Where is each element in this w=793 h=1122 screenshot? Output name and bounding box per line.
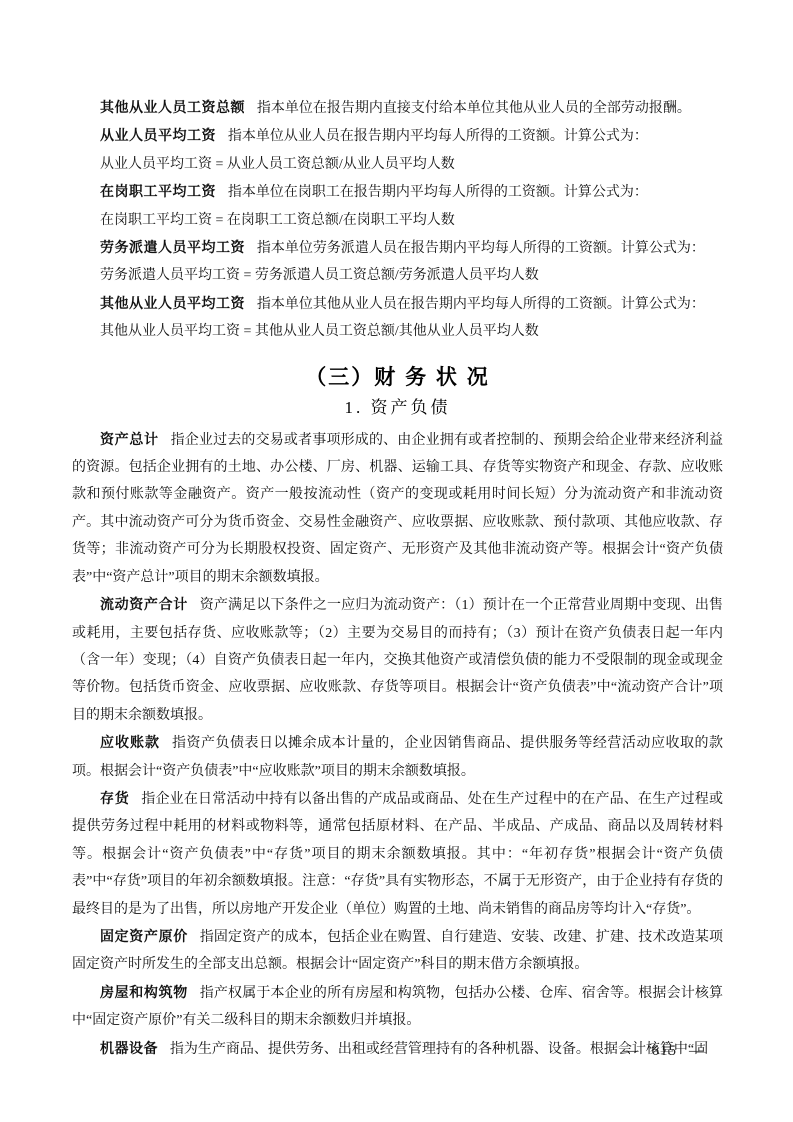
term-label: 应收账款 — [100, 734, 160, 750]
page-content: 其他从业人员工资总额指本单位在报告期内直接支付给本单位其他从业人员的全部劳动报酬… — [72, 94, 723, 1063]
definition-text: 指本单位从业人员在报告期内平均每人所得的工资额。计算公式为： — [228, 129, 648, 144]
definition-text: 指本单位其他从业人员在报告期内平均每人所得的工资额。计算公式为： — [257, 297, 705, 312]
definition-text: 指资产负债表日以摊余成本计量的，企业因销售商品、提供服务等经营活动应收取的款项。… — [72, 736, 723, 778]
definition-text: 指本单位劳务派遣人员在报告期内平均每人所得的工资额。计算公式为： — [257, 241, 705, 256]
definition-paragraph: 房屋和构筑物指产权属于本企业的所有房屋和构筑物，包括办公楼、仓库、宿舍等。根据会… — [72, 979, 723, 1035]
term-label: 从业人员平均工资 — [100, 127, 216, 143]
definition-text: 指企业在日常活动中持有以备出售的产成品或商品、处在生产过程中的在产品、在生产过程… — [72, 792, 723, 917]
term-label: 机器设备 — [100, 1040, 158, 1056]
formula-line: 劳务派遣人员平均工资 = 劳务派遣人员工资总额/劳务派遣人员平均人数 — [72, 262, 723, 289]
subsection-heading: 1. 资产负债 — [72, 395, 723, 421]
formula-text: 其他从业人员平均工资 = 其他从业人员工资总额/其他从业人员平均人数 — [100, 324, 539, 339]
page-number-dash-right: — — [689, 1038, 705, 1065]
page-number-value: 615 — [652, 1038, 678, 1065]
definition-line: 从业人员平均工资指本单位从业人员在报告期内平均每人所得的工资额。计算公式为： — [72, 122, 723, 150]
page-number: — 615 — — [624, 1038, 706, 1065]
definition-text: 指本单位在报告期内直接支付给本单位其他从业人员的全部劳动报酬。 — [257, 101, 691, 116]
term-label: 固定资产原价 — [100, 928, 188, 944]
definition-paragraph: 流动资产合计资产满足以下条件之一应归为流动资产：（1）预计在一个正常营业周期中变… — [72, 591, 723, 729]
definition-text: 指企业过去的交易或者事项形成的、由企业拥有或者控制的、预期会给企业带来经济利益的… — [72, 433, 723, 585]
definition-paragraph: 应收账款指资产负债表日以摊余成本计量的，企业因销售商品、提供服务等经营活动应收取… — [72, 729, 723, 785]
asset-definitions-section: 资产总计指企业过去的交易或者事项形成的、由企业拥有或者控制的、预期会给企业带来经… — [72, 426, 723, 1063]
definition-text: 指本单位在岗职工在报告期内平均每人所得的工资额。计算公式为： — [228, 185, 648, 200]
definition-line: 其他从业人员工资总额指本单位在报告期内直接支付给本单位其他从业人员的全部劳动报酬… — [72, 94, 723, 122]
definition-paragraph: 存货指企业在日常活动中持有以备出售的产成品或商品、处在生产过程中的在产品、在生产… — [72, 785, 723, 923]
section-heading: （三）财 务 状 况 — [72, 363, 723, 393]
definition-line: 在岗职工平均工资指本单位在岗职工在报告期内平均每人所得的工资额。计算公式为： — [72, 178, 723, 206]
term-label: 其他从业人员工资总额 — [100, 99, 245, 115]
definition-line: 劳务派遣人员平均工资指本单位劳务派遣人员在报告期内平均每人所得的工资额。计算公式… — [72, 234, 723, 262]
page-number-dash-left: — — [624, 1038, 640, 1065]
definition-paragraph: 资产总计指企业过去的交易或者事项形成的、由企业拥有或者控制的、预期会给企业带来经… — [72, 426, 723, 591]
formula-text: 在岗职工平均工资 = 在岗职工工资总额/在岗职工平均人数 — [100, 213, 455, 228]
term-label: 在岗职工平均工资 — [100, 183, 216, 199]
formula-text: 从业人员平均工资 = 从业人员工资总额/从业人员平均人数 — [100, 157, 455, 172]
formula-line: 从业人员平均工资 = 从业人员工资总额/从业人员平均人数 — [72, 151, 723, 178]
definition-line: 其他从业人员平均工资指本单位其他从业人员在报告期内平均每人所得的工资额。计算公式… — [72, 290, 723, 318]
term-label: 其他从业人员平均工资 — [100, 295, 245, 311]
term-label: 流动资产合计 — [100, 596, 188, 612]
document-page: 其他从业人员工资总额指本单位在报告期内直接支付给本单位其他从业人员的全部劳动报酬… — [0, 0, 793, 1122]
formula-text: 劳务派遣人员平均工资 = 劳务派遣人员工资总额/劳务派遣人员平均人数 — [100, 268, 539, 283]
formula-line: 在岗职工平均工资 = 在岗职工工资总额/在岗职工平均人数 — [72, 207, 723, 234]
term-label: 存货 — [100, 790, 129, 806]
term-label: 资产总计 — [100, 431, 159, 447]
wage-definitions-section: 其他从业人员工资总额指本单位在报告期内直接支付给本单位其他从业人员的全部劳动报酬… — [72, 94, 723, 346]
term-label: 房屋和构筑物 — [100, 984, 188, 1000]
definition-paragraph: 固定资产原价指固定资产的成本，包括企业在购置、自行建造、安装、改建、扩建、技术改… — [72, 923, 723, 979]
term-label: 劳务派遣人员平均工资 — [100, 239, 245, 255]
definition-text: 资产满足以下条件之一应归为流动资产：（1）预计在一个正常营业周期中变现、出售或耗… — [72, 598, 723, 723]
formula-line: 其他从业人员平均工资 = 其他从业人员工资总额/其他从业人员平均人数 — [72, 318, 723, 345]
